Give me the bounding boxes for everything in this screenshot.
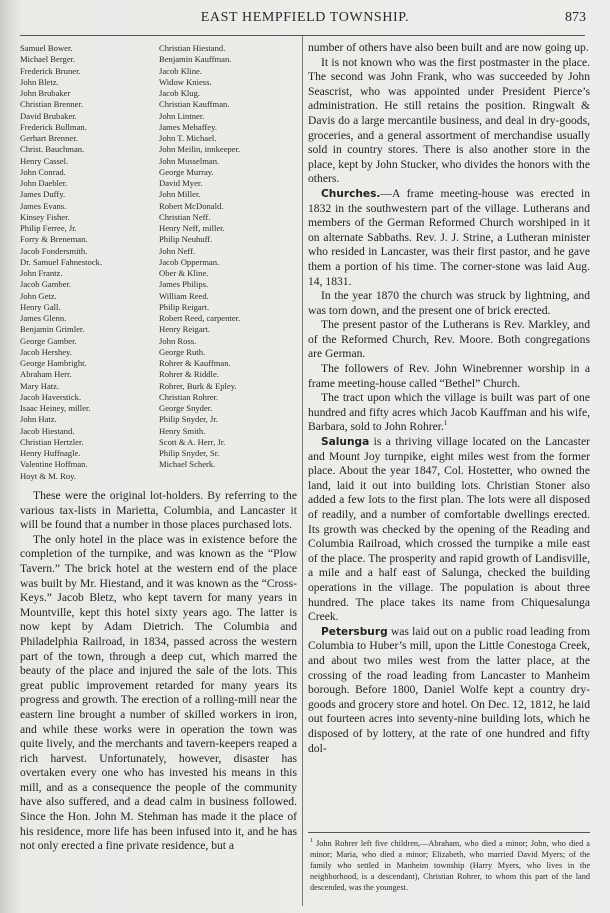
- lot-holder-name: James Philips.: [159, 279, 299, 290]
- lot-holder-name: Benjamin Kauffman.: [159, 54, 299, 65]
- lot-holder-name: Frederick Bruner.: [20, 66, 155, 77]
- lot-holder-name: Christ. Bauchman.: [20, 144, 155, 155]
- lot-holder-name: Henry Neff, miller.: [159, 223, 299, 234]
- lot-holder-name: John Meilin, innkeeper.: [159, 144, 299, 155]
- lot-holder-name: John Conrad.: [20, 167, 155, 178]
- footnote-reference[interactable]: 1: [444, 420, 448, 428]
- paragraph-lightning: In the year 1870 the church was struck b…: [308, 289, 590, 318]
- paragraph-continued: number of others have also been built an…: [308, 41, 590, 56]
- lot-holder-name: Christian Hiestand.: [159, 43, 299, 54]
- lot-holder-name: David Myer.: [159, 178, 299, 189]
- lot-holders-left-column: Samuel Bower.Michael Berger.Frederick Br…: [20, 43, 155, 482]
- lot-holder-name: John Lintner.: [159, 111, 299, 122]
- lot-holder-name: Jacob Opperman.: [159, 257, 299, 268]
- section-heading-petersburg: Petersburg: [321, 626, 388, 638]
- lot-holder-name: Valentine Hoffman.: [20, 459, 155, 470]
- paragraph-winebrenner: The followers of Rev. John Winebrenner w…: [308, 362, 590, 391]
- paragraph-churches: Churches.—A frame meeting-house was erec…: [308, 187, 590, 289]
- lot-holder-name: Rohrer & Kauffman.: [159, 358, 299, 369]
- lot-holder-name: John Frantz.: [20, 268, 155, 279]
- paragraph-postmaster: It is not known who was the first postma…: [308, 56, 590, 187]
- lot-holder-name: Benjamin Grimler.: [20, 324, 155, 335]
- section-heading-salunga: Salunga: [321, 436, 369, 448]
- lot-holder-name: John Bletz.: [20, 77, 155, 88]
- lot-holder-name: John Hatz.: [20, 414, 155, 425]
- lot-holder-name: Hoyt & M. Roy.: [20, 471, 155, 482]
- lot-holder-name: Rohrer & Riddle.: [159, 369, 299, 380]
- lot-holder-name: Ober & Kline.: [159, 268, 299, 279]
- lot-holder-name: Christian Kauffman.: [159, 99, 299, 110]
- running-title: EAST HEMPFIELD TOWNSHIP.: [0, 10, 610, 26]
- lot-holder-name: Philip Reigart.: [159, 302, 299, 313]
- footnote-rule: [308, 832, 590, 833]
- lot-holder-name: Widow Kniess.: [159, 77, 299, 88]
- lot-holder-name: John Daebler.: [20, 178, 155, 189]
- lot-holder-name: Scott & A. Herr, Jr.: [159, 437, 299, 448]
- lot-holder-name: John Getz.: [20, 291, 155, 302]
- lot-holder-name: David Brubaker.: [20, 111, 155, 122]
- section-heading-churches: Churches.: [321, 188, 380, 200]
- lot-holder-name: John Neff.: [159, 246, 299, 257]
- lot-holder-name: James Evans.: [20, 201, 155, 212]
- lot-holder-name: James Glenn.: [20, 313, 155, 324]
- paragraph-pastors: The present pastor of the Lutherans is R…: [308, 318, 590, 362]
- lot-holder-name: Dr. Samuel Fahnestock.: [20, 257, 155, 268]
- lot-holder-name: Abraham Herr.: [20, 369, 155, 380]
- lot-holder-name: Philip Snyder, Sr.: [159, 448, 299, 459]
- lot-holder-name: Isaac Heiney, miller.: [20, 403, 155, 414]
- lot-holder-name: Robert Reed, carpenter.: [159, 313, 299, 324]
- lot-holder-name: John Miller.: [159, 189, 299, 200]
- lot-holder-name: Robert McDonald.: [159, 201, 299, 212]
- footnote-text: John Rohrer left five children,—Abraham,…: [310, 839, 590, 892]
- lot-holder-name: Kinsey Fisher.: [20, 212, 155, 223]
- lot-holder-name: Jacob Hershey.: [20, 347, 155, 358]
- lot-holder-name: Forry & Breneman.: [20, 234, 155, 245]
- left-column-text: These were the original lot-holders. By …: [20, 489, 297, 854]
- right-column-text: number of others have also been built an…: [308, 41, 590, 756]
- footnote: 1 John Rohrer left five children,—Abraha…: [310, 838, 590, 893]
- lot-holder-name: Rohrer, Burk & Epley.: [159, 381, 299, 392]
- lot-holder-name: Henry Gall.: [20, 302, 155, 313]
- lot-holder-name: John Brubaker: [20, 88, 155, 99]
- lot-holder-name: George Snyder.: [159, 403, 299, 414]
- lot-holder-name: Jacob Gamber.: [20, 279, 155, 290]
- lot-holder-name: James Duffy.: [20, 189, 155, 200]
- lot-holder-name: William Reed.: [159, 291, 299, 302]
- lot-holder-name: George Murray.: [159, 167, 299, 178]
- lot-holder-name: Christian Brenner.: [20, 99, 155, 110]
- page-number: 873: [565, 10, 586, 26]
- lot-holder-name: Philip Ferree, Jr.: [20, 223, 155, 234]
- lot-holder-name: Philip Neuhuff.: [159, 234, 299, 245]
- lot-holder-name: Frederick Bullman.: [20, 122, 155, 133]
- lot-holder-name: Christian Hertzler.: [20, 437, 155, 448]
- lot-holder-name: Henry Huffnagle.: [20, 448, 155, 459]
- lot-holders-right-column: Christian Hiestand.Benjamin Kauffman.Jac…: [159, 43, 299, 471]
- lot-holder-name: George Gamber.: [20, 336, 155, 347]
- lot-holder-name: Gerhart Brenner.: [20, 133, 155, 144]
- lot-holder-name: Henry Smith.: [159, 426, 299, 437]
- lot-holder-name: Mary Hatz.: [20, 381, 155, 392]
- paragraph-lot-holders: These were the original lot-holders. By …: [20, 489, 297, 533]
- lot-holder-name: John Ross.: [159, 336, 299, 347]
- lot-holder-name: George Ruth.: [159, 347, 299, 358]
- lot-holder-name: John Musselman.: [159, 156, 299, 167]
- paragraph-tract: The tract upon which the village is buil…: [308, 391, 590, 435]
- lot-holder-name: Samuel Bower.: [20, 43, 155, 54]
- lot-holder-name: John T. Michael.: [159, 133, 299, 144]
- lot-holder-name: Jacob Hiestand.: [20, 426, 155, 437]
- running-header: EAST HEMPFIELD TOWNSHIP. 873: [0, 8, 610, 28]
- paragraph-hotel: The only hotel in the place was in exist…: [20, 533, 297, 854]
- lot-holder-name: George Hambright.: [20, 358, 155, 369]
- lot-holder-name: James Mehaffey.: [159, 122, 299, 133]
- lot-holder-name: Jacob Kline.: [159, 66, 299, 77]
- lot-holder-name: Christian Rohrer.: [159, 392, 299, 403]
- lot-holder-name: Jacob Fondersmith.: [20, 246, 155, 257]
- book-page: EAST HEMPFIELD TOWNSHIP. 873 Samuel Bowe…: [0, 0, 610, 913]
- lot-holder-name: Philip Snyder, Jr.: [159, 414, 299, 425]
- lot-holder-name: Christian Neff.: [159, 212, 299, 223]
- lot-holder-name: Michael Berger.: [20, 54, 155, 65]
- paragraph-salunga: Salunga is a thriving village located on…: [308, 435, 590, 625]
- paragraph-petersburg: Petersburg was laid out on a public road…: [308, 625, 590, 756]
- column-divider: [302, 36, 303, 906]
- lot-holder-name: Jacob Haverstick.: [20, 392, 155, 403]
- lot-holder-name: Henry Cassel.: [20, 156, 155, 167]
- lot-holder-name: Michael Scherk.: [159, 459, 299, 470]
- lot-holder-name: Jacob Klug.: [159, 88, 299, 99]
- lot-holder-name: Henry Reigart.: [159, 324, 299, 335]
